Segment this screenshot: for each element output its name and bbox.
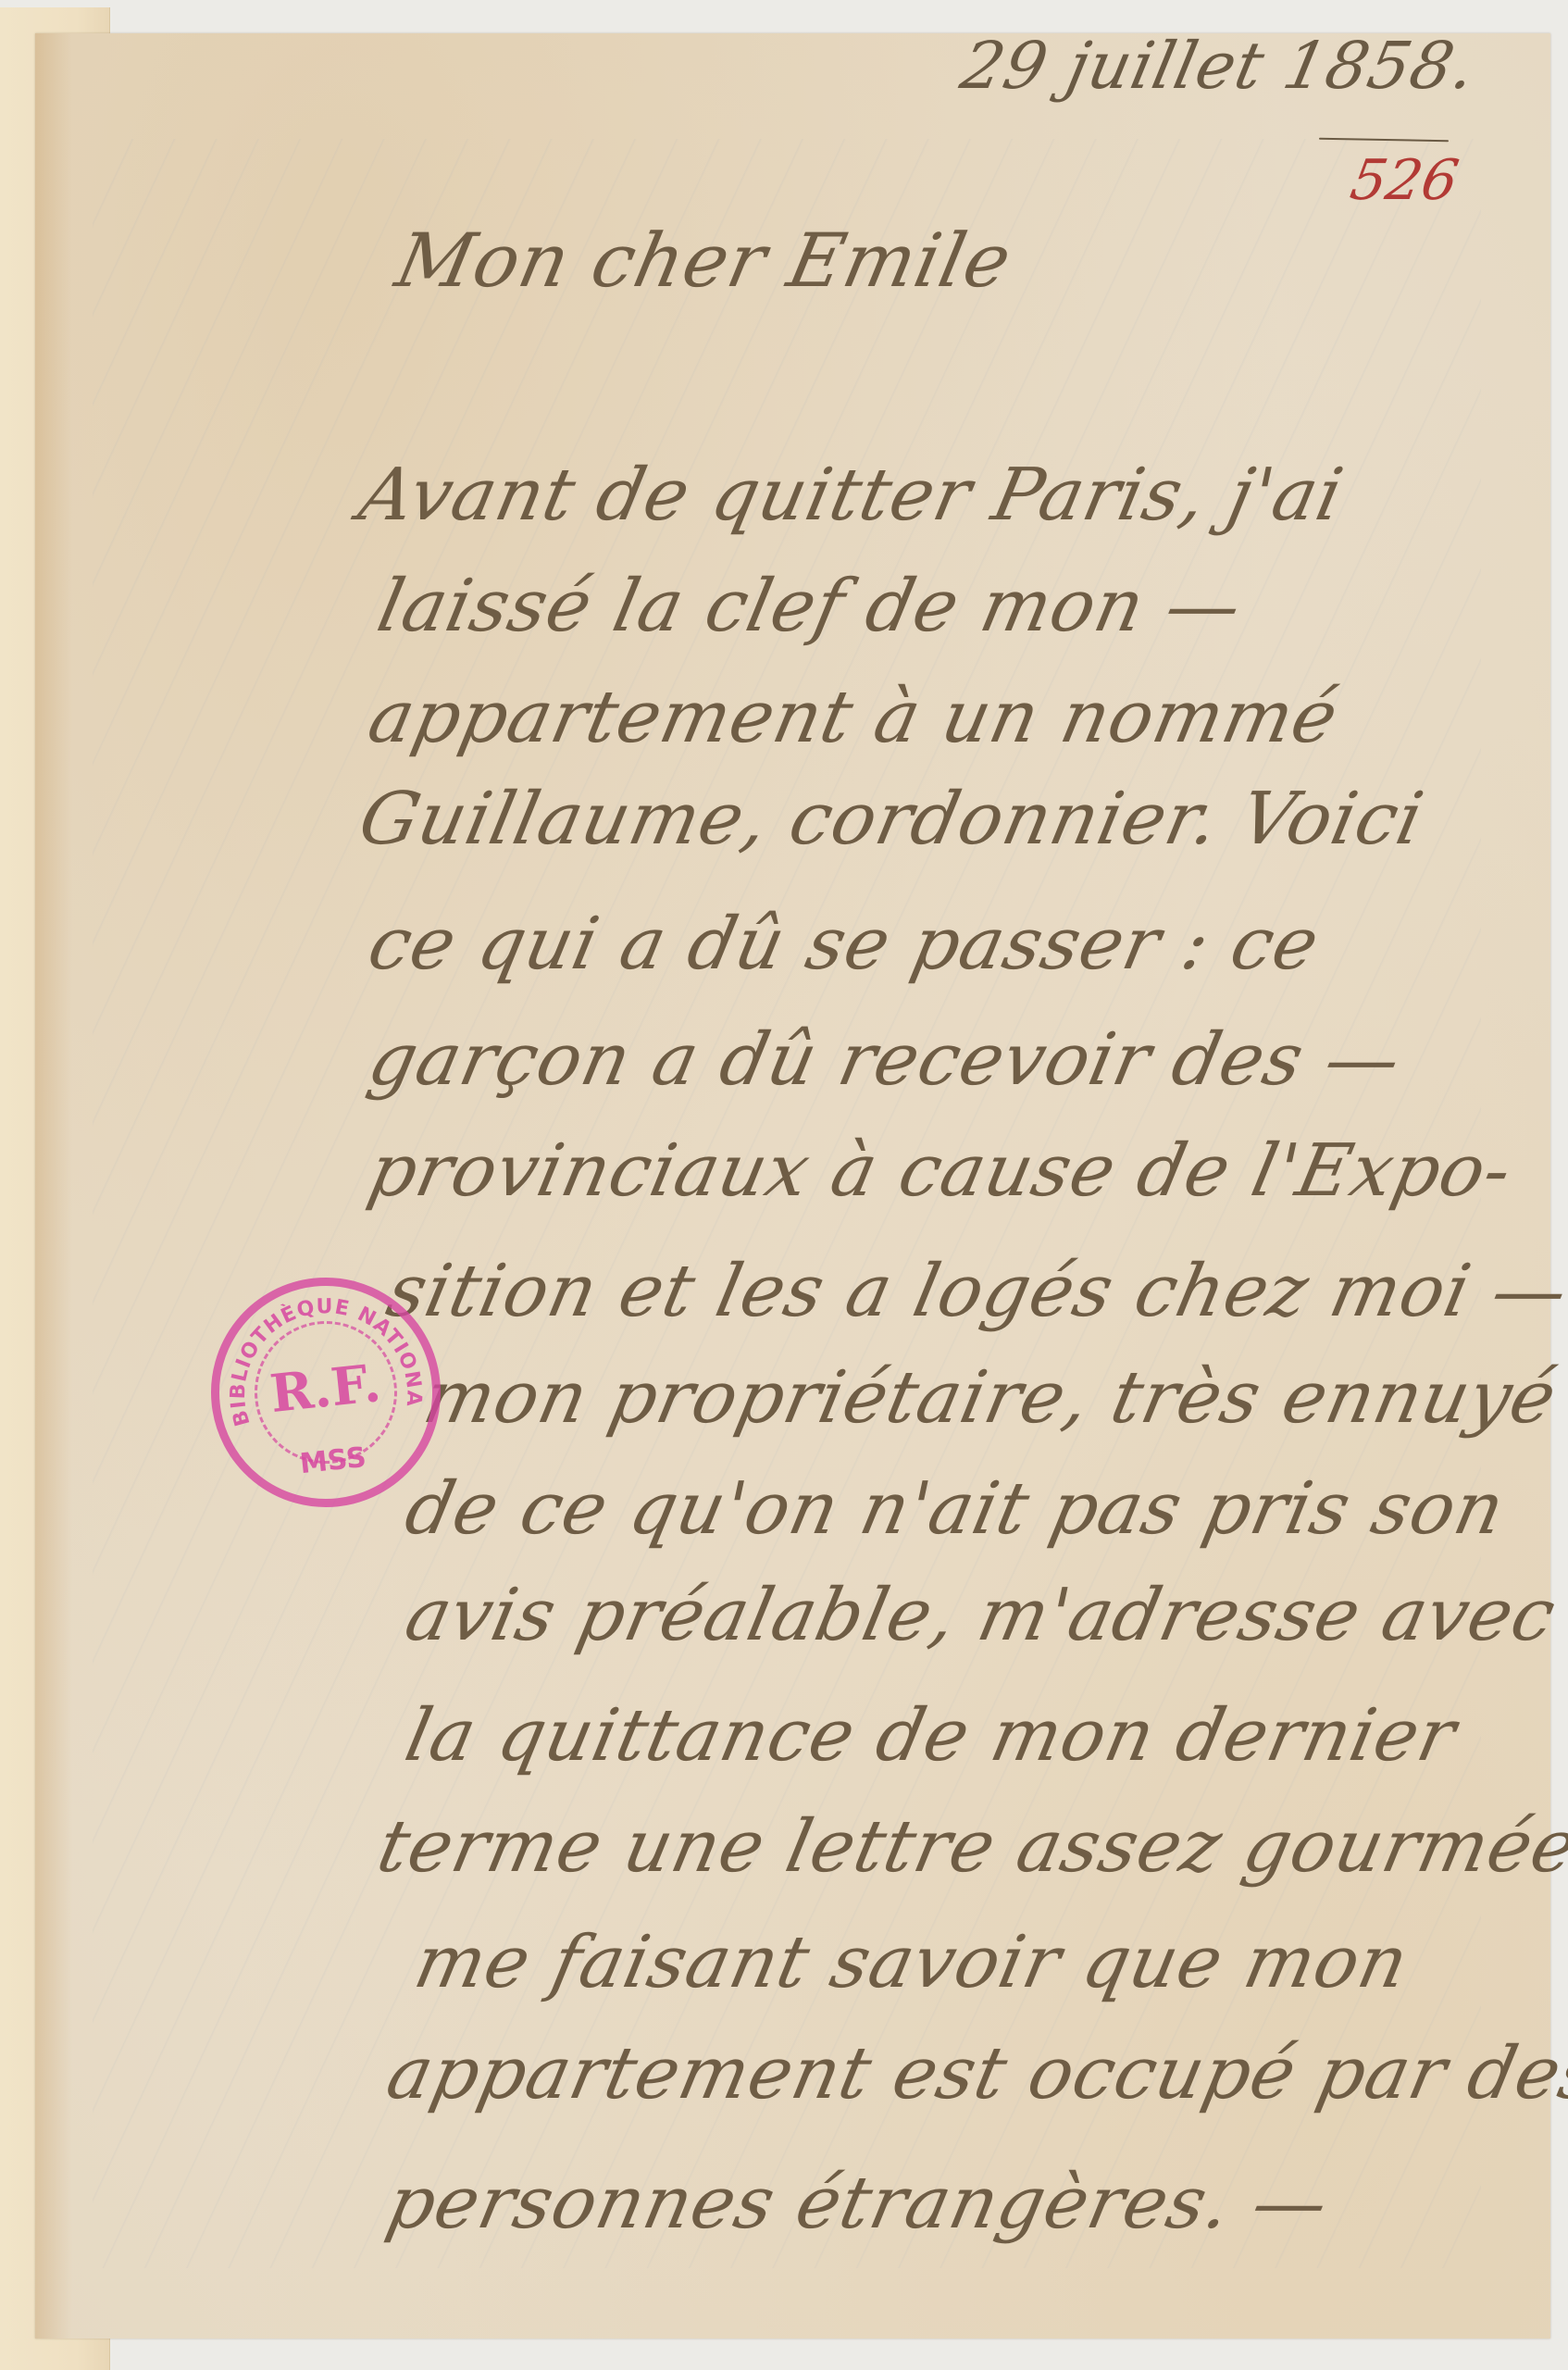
letter-line: ce qui a dû se passer : ce: [361, 903, 1326, 986]
letter-line: mon propriétaire, très ennuyé: [417, 1356, 1563, 1440]
letter-line: garçon a dû recevoir des —: [361, 1018, 1408, 1102]
letter-line: sition et les a logés chez moi —: [380, 1250, 1568, 1333]
letter-line: personnes étrangères. —: [380, 2162, 1336, 2245]
letter-date: 29 juillet 1858.: [954, 28, 1483, 104]
salutation: Mon cher Emile: [389, 218, 1019, 304]
letter-line: de ce qu'on n'ait pas pris son: [398, 1467, 1512, 1551]
letter-line: la quittance de mon dernier: [398, 1694, 1462, 1777]
letter-line: provinciaux à cause de l'Expo-: [361, 1129, 1519, 1213]
letter-line: avis préalable, m'adresse avec: [398, 1574, 1562, 1657]
letter-line: me faisant savoir que mon: [407, 1921, 1415, 2004]
letter-line: terme une lettre assez gourmée: [370, 1805, 1568, 1889]
folio-number: 526: [1346, 148, 1463, 213]
letter-line: appartement à un nommé: [361, 676, 1345, 759]
page-edge-stain: [35, 33, 72, 2339]
library-stamp: BIBLIOTHÈQUE NATIONALE R.F. MSS: [200, 1266, 453, 1519]
letter-line: laissé la clef de mon —: [370, 565, 1249, 648]
letter-line: Guillaume, cordonnier. Voici: [352, 778, 1430, 861]
letter-line: appartement est occupé par des: [380, 2032, 1568, 2115]
letter-line: Avant de quitter Paris, j'ai: [352, 454, 1350, 537]
